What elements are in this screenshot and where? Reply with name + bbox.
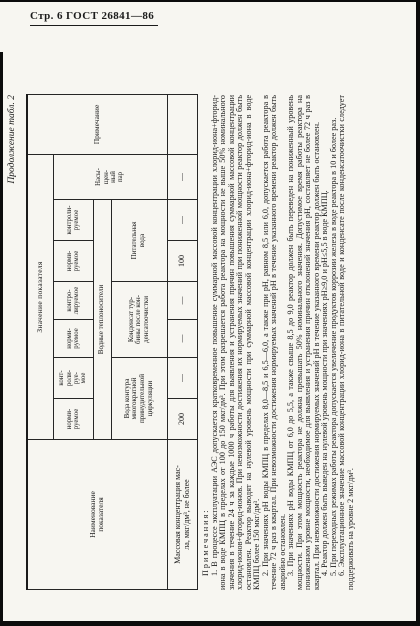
header-water-coolants-group: Водные теплоносители [93,200,111,440]
value-condensate-controlled: — [167,282,197,320]
table-row: Массовая концентрация мас- ла, мкг/дм³, … [167,94,197,589]
rotated-landscape-content: Продолжение табл. 2 Наименование показат… [0,0,420,626]
header-indicator-value: Значение показателя [27,154,53,439]
value-kmpc-controlled: — [167,358,197,399]
value-saturated-steam: — [167,154,197,199]
value-feedwater-normed: 100 [167,241,197,282]
subheader-normed-condensate: норми- руемое [53,320,93,358]
header-mpc-circuit-water: Вода контура многократной принудительной… [111,358,167,440]
subheader-controlled-condensate: контро- лируемое [53,282,93,320]
note-item-1: 1. В процессе эксплуатации АЭС допускает… [211,95,262,590]
table-continuation-label: Продолжение табл. 2 [7,95,17,184]
header-name-of-indicator: Наименование показателя [27,440,167,590]
value-feedwater-controlled: — [167,200,197,241]
scanned-gost-page: Стр. 6 ГОСТ 26841—86 Продолжение табл. 2… [0,0,420,626]
water-quality-table: Наименование показателя Значение показат… [26,94,198,590]
note-item-2: 2. При значениях pH воды КМПЦ в пределах… [262,95,288,590]
row-label-oil-concentration: Массовая концентрация мас- ла, мкг/дм³, … [167,440,197,590]
value-note [167,94,197,154]
subheader-controlled-kmpc: конт- роли- руе- мое [53,358,93,399]
subheader-normed-feedwater: норми- руемое [53,241,93,282]
notes-block: Примечания: 1. В процессе эксплуатации А… [202,95,355,590]
value-condensate-normed: — [167,320,197,358]
header-turbine-condensate: Конденсат тур- бины после кон- денсатооч… [111,282,167,358]
header-feed-water: Питательная вода [111,200,167,282]
subheader-normed-kmpc: норми- руемое [53,399,93,440]
header-note: Примечание [27,94,167,154]
note-item-6: 6. Эксплуатационное значение массовой ко… [338,95,355,590]
header-saturated-steam: Насы- щен- ный пар [53,154,167,199]
value-kmpc-normed: 200 [167,399,197,440]
subheader-controlled-feedwater: контроли- руемое [53,200,93,241]
note-item-3: 3. При значениях pH воды КМПЦ от 6,0 до … [287,95,321,590]
